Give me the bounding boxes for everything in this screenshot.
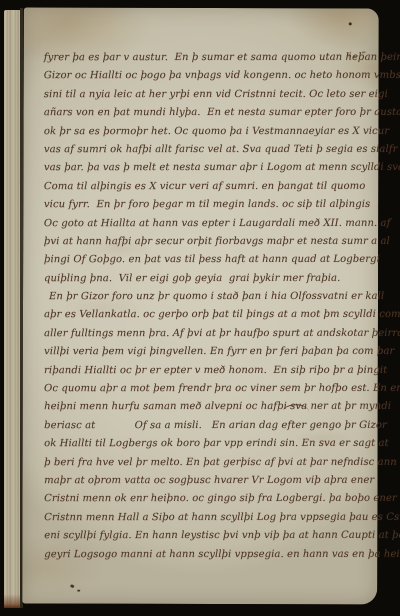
manuscript-line: fyrer þa es þar v austur. En þ sumar et … <box>44 52 376 71</box>
manuscript-line: Coma til alþingis es X vicur veri af sum… <box>44 181 376 200</box>
ink-speck <box>77 590 80 592</box>
manuscript-line: eni scyllþi fylgia. En hann leystisc þvi… <box>44 530 376 549</box>
manuscript-line: ok Hiallti til Logbergs ok boro þar vpp … <box>44 438 376 457</box>
manuscript-line: En þr Gizor foro unz þr quomo i stað þan… <box>44 291 376 310</box>
manuscript-line: Cristni menn ok enr heiþno. oc gingo siþ… <box>44 493 376 512</box>
manuscript-line: maþr at oþrom vatta oc sogþusc hvarer Vr… <box>44 475 376 494</box>
manuscript-line: Gizor oc Hiallti oc þogo þa vnþags vid k… <box>44 70 376 89</box>
manuscript-line: añars von en þat mundi hlyþa. En et nest… <box>44 107 376 126</box>
ink-speck <box>354 55 356 57</box>
ink-speck <box>349 22 352 25</box>
manuscript-line: Oc goto at Hiallta at hann vas epter i L… <box>44 217 376 236</box>
manuscript-photo: 4 fyrer þa es þar v austur. En þ sumar e… <box>0 0 400 616</box>
manuscript-line: aller fulltings menn þra. Af þvi at þr h… <box>44 328 376 347</box>
manuscript-line: þvi at hann hafþi aþr secur orþit fiorba… <box>44 236 376 255</box>
manuscript-line: quiþling þna. Vil er eigi goþ geyia grai… <box>44 273 376 292</box>
manuscript-line: vas af sumri ok hafþi allt farisc vel at… <box>44 144 376 163</box>
manuscript-line: beriasc at Of sa a misli. En arian dag e… <box>44 420 376 439</box>
manuscript-line: sini til a nyia leic at her yrþi enn vid… <box>44 89 376 108</box>
manuscript-line: geyri Logsogo manni at hann scyllþi vpps… <box>44 548 376 567</box>
manuscript-line: Oc quomu aþr a mot þem frendr þra oc vin… <box>44 383 376 402</box>
text-block: fyrer þa es þar v austur. En þ sumar et … <box>44 52 376 567</box>
ink-speck <box>362 51 366 53</box>
manuscript-line: ok þr sa es þormoþr het. Oc quomo þa i V… <box>44 125 376 144</box>
manuscript-line: vicu fyrr. En þr foro þegar m til megin … <box>44 199 376 218</box>
ink-speck <box>70 584 75 588</box>
manuscript-line: þ beri fra hve vel þr melto. En þat gerþ… <box>44 456 376 475</box>
manuscript-line: Cristnn menn Hall a Siþo at hann scyllþi… <box>44 512 376 531</box>
manuscript-line: vas þar. þa vas þ melt et nesta sumar aþ… <box>44 162 376 181</box>
manuscript-line: heiþni menn hurfu saman með alvepni oc h… <box>44 401 376 420</box>
manuscript-line: riþandi Hiallti oc þr er epter v með hon… <box>44 365 376 384</box>
manuscript-line: þingi Of Goþgo. en þat vas til þess haft… <box>44 254 376 273</box>
manuscript-page: 4 fyrer þa es þar v austur. En þ sumar e… <box>22 8 379 605</box>
manuscript-line: aþr es Vellankatla. oc gerþo orþ þat til… <box>44 309 376 328</box>
manuscript-line: villþi veria þem vigi þingvellen. En fyr… <box>44 346 376 365</box>
book-page-edges <box>4 10 21 608</box>
